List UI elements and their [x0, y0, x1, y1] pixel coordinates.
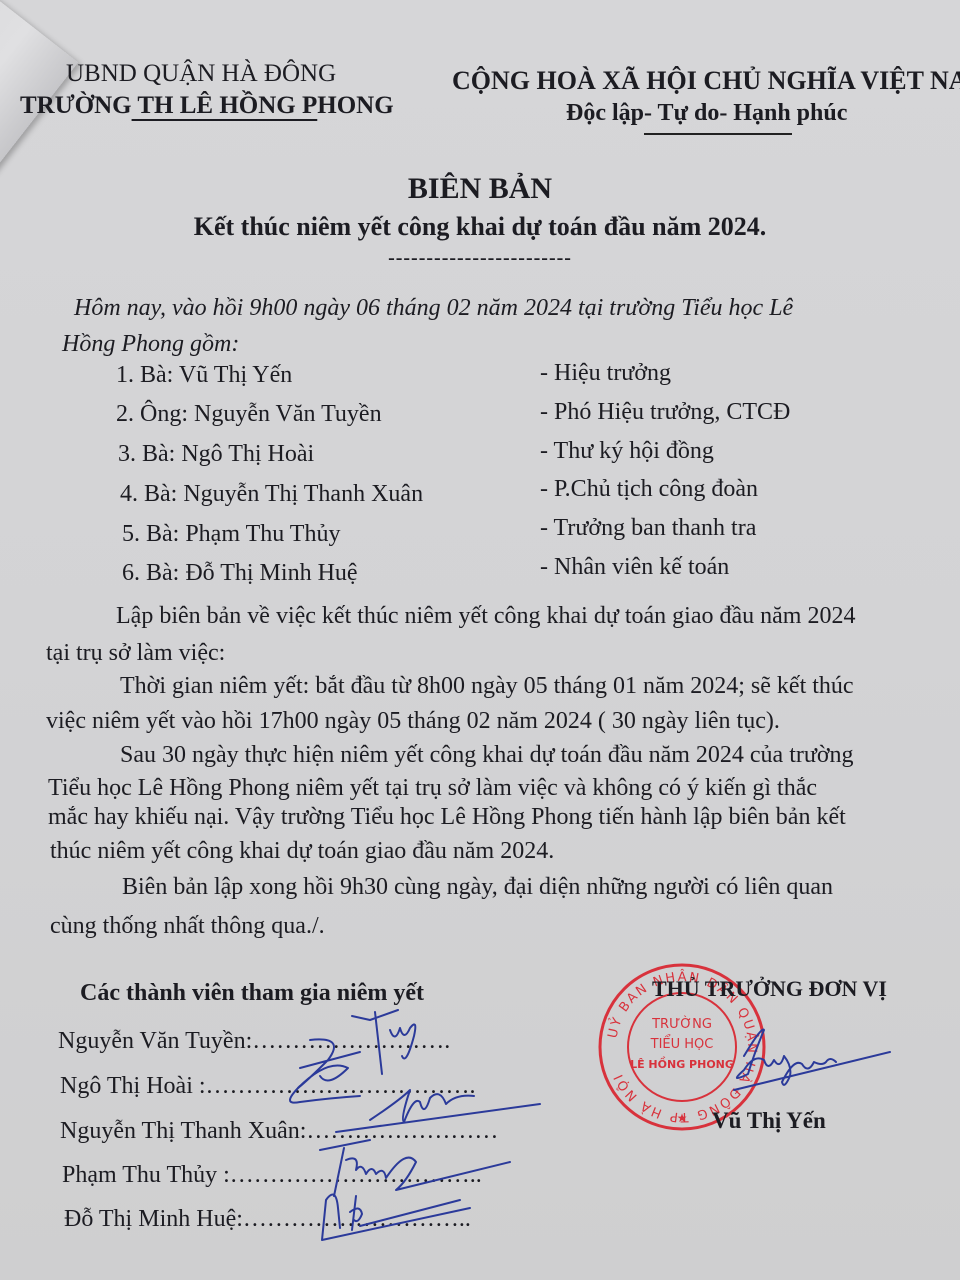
- member-name: 2. Ông: Nguyễn Văn Tuyền: [116, 401, 382, 428]
- paragraph-2-line-2: việc niêm yết vào hồi 17h00 ngày 05 thán…: [46, 708, 780, 735]
- member-name: 1. Bà: Vũ Thị Yến: [116, 362, 292, 389]
- paragraph-1-line-1: Lập biên bản về việc kết thúc niêm yết c…: [116, 603, 855, 630]
- member-role: - Phó Hiệu trưởng, CTCĐ: [540, 399, 790, 426]
- paper-fold-shadow: [0, 0, 78, 244]
- signature-line: Đỗ Thị Minh Huệ:………………………..: [64, 1206, 471, 1233]
- svg-text:TIỂU HỌC: TIỂU HỌC: [650, 1035, 714, 1052]
- title-separator: ------------------------: [0, 247, 960, 270]
- unit-head-name: Vũ Thị Yến: [712, 1108, 826, 1134]
- member-role: - Hiệu trưởng: [540, 360, 671, 387]
- svg-text:TRƯỜNG: TRƯỜNG: [651, 1016, 712, 1032]
- document-subtitle: Kết thúc niêm yết công khai dự toán đầu …: [0, 212, 960, 242]
- paragraph-4-line-1: Biên bản lập xong hồi 9h30 cùng ngày, đạ…: [122, 874, 833, 901]
- member-role: - P.Chủ tịch công đoàn: [540, 476, 758, 503]
- member-name: 5. Bà: Phạm Thu Thủy: [122, 521, 340, 548]
- intro-line-1: Hôm nay, vào hồi 9h00 ngày 06 tháng 02 n…: [74, 295, 793, 322]
- paragraph-3-line-1: Sau 30 ngày thực hiện niêm yết công khai…: [120, 742, 854, 769]
- svg-text:LÊ HỒNG PHONG: LÊ HỒNG PHONG: [630, 1056, 734, 1071]
- signature-line: Ngô Thị Hoài :…………………………….: [60, 1073, 476, 1100]
- intro-line-2: Hồng Phong gồm:: [62, 331, 239, 358]
- unit-head-title: THỦ TRƯỞNG ĐƠN VỊ: [652, 976, 887, 1002]
- signature-line: Nguyễn Văn Tuyền:…………………….: [58, 1028, 450, 1055]
- signature-line: Nguyễn Thị Thanh Xuân:……………………: [60, 1118, 498, 1145]
- signatures-heading: Các thành viên tham gia niêm yết: [80, 980, 424, 1007]
- document-title: BIÊN BẢN: [0, 172, 960, 206]
- member-name: 4. Bà: Nguyễn Thị Thanh Xuân: [120, 481, 423, 508]
- svg-text:★: ★: [677, 1111, 688, 1125]
- district-header: UBND QUẬN HÀ ĐÔNG: [66, 60, 336, 88]
- signature-line: Phạm Thu Thủy :…………………………..: [62, 1162, 482, 1189]
- national-motto: Độc lập- Tự do- Hạnh phúc: [566, 100, 847, 127]
- member-name: 6. Bà: Đỗ Thị Minh Huệ: [122, 560, 358, 587]
- paragraph-4-line-2: cùng thống nhất thông qua./.: [50, 913, 325, 940]
- motto-underline: [644, 133, 792, 135]
- national-title: CỘNG HOÀ XÃ HỘI CHỦ NGHĨA VIỆT NAM: [452, 66, 960, 96]
- member-role: - Nhân viên kế toán: [540, 554, 729, 581]
- member-name: 3. Bà: Ngô Thị Hoài: [118, 441, 314, 468]
- paragraph-3-line-3: mắc hay khiếu nại. Vậy trường Tiểu học L…: [48, 804, 846, 831]
- school-header: TRƯỜNG TH LÊ HỒNG PHONG: [20, 92, 394, 120]
- member-role: - Thư ký hội đồng: [540, 438, 714, 465]
- paragraph-1-line-2: tại trụ sở làm việc:: [46, 640, 225, 667]
- member-role: - Trưởng ban thanh tra: [540, 515, 756, 542]
- paragraph-2-line-1: Thời gian niêm yết: bắt đầu từ 8h00 ngày…: [120, 673, 854, 700]
- paragraph-3-line-4: thúc niêm yết công khai dự toán giao đầu…: [50, 838, 554, 865]
- paragraph-3-line-2: Tiểu học Lê Hồng Phong niêm yết tại trụ …: [48, 775, 817, 802]
